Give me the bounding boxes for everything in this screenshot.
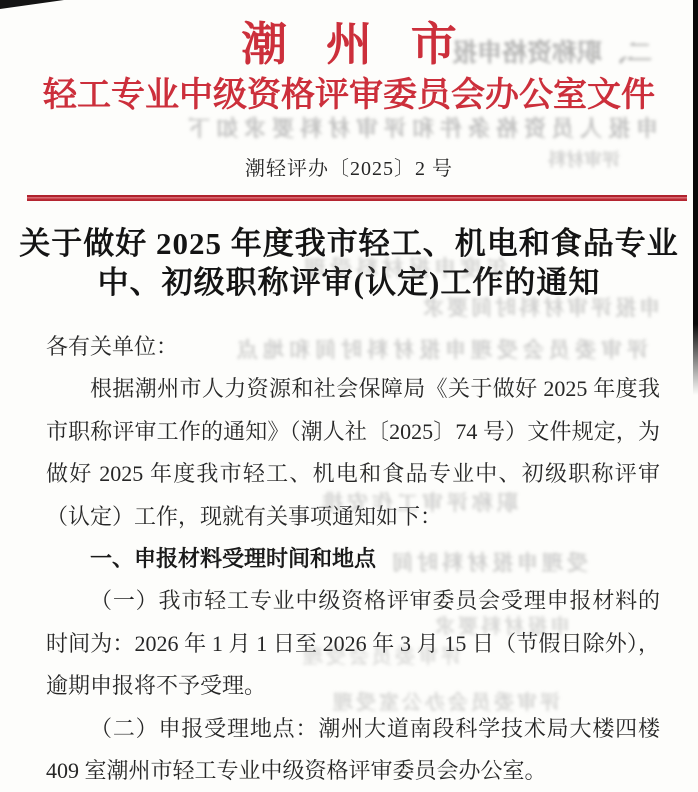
document-number: 潮轻评办〔2025〕2 号	[0, 156, 698, 182]
salutation: 各有关单位：	[46, 326, 660, 368]
document-body: 各有关单位： 根据潮州市人力资源和社会保障局《关于做好 2025 年度我市职称评…	[46, 326, 660, 792]
document-title-line1: 关于做好 2025 年度我市轻工、机电和食品专业	[0, 224, 698, 263]
scan-artifact-right-edge	[693, 0, 698, 395]
letterhead-city-name: 潮 州 市	[0, 16, 698, 72]
section-1-item-2: （二）申报受理地点：潮州大道南段科学技术局大楼四楼 409 室潮州市轻工专业中级…	[46, 708, 660, 792]
document-title: 关于做好 2025 年度我市轻工、机电和食品专业 中、初级职称评审(认定)工作的…	[0, 224, 698, 302]
section-1-item-1: （一）我市轻工专业中级资格评审委员会受理申报材料的时间为：2026 年 1 月 …	[46, 580, 660, 707]
section-1-heading: 一、申报材料受理时间和地点	[46, 538, 660, 580]
bleedthrough-text: 申报人员资格条件和评审材料要求如下	[182, 112, 658, 143]
scan-artifact-corner	[0, 0, 64, 9]
document-page: 二、职称资格申报 申报人员资格条件和评审材料要求如下 评审材料 年度申报材料受理…	[0, 0, 698, 792]
letterhead-org-name: 轻工专业中级资格评审委员会办公室文件	[0, 74, 698, 116]
intro-paragraph: 根据潮州市人力资源和社会保障局《关于做好 2025 年度我市职称评审工作的通知》…	[46, 368, 660, 538]
red-divider-rule	[27, 195, 687, 201]
document-title-line2: 中、初级职称评审(认定)工作的通知	[0, 263, 698, 302]
